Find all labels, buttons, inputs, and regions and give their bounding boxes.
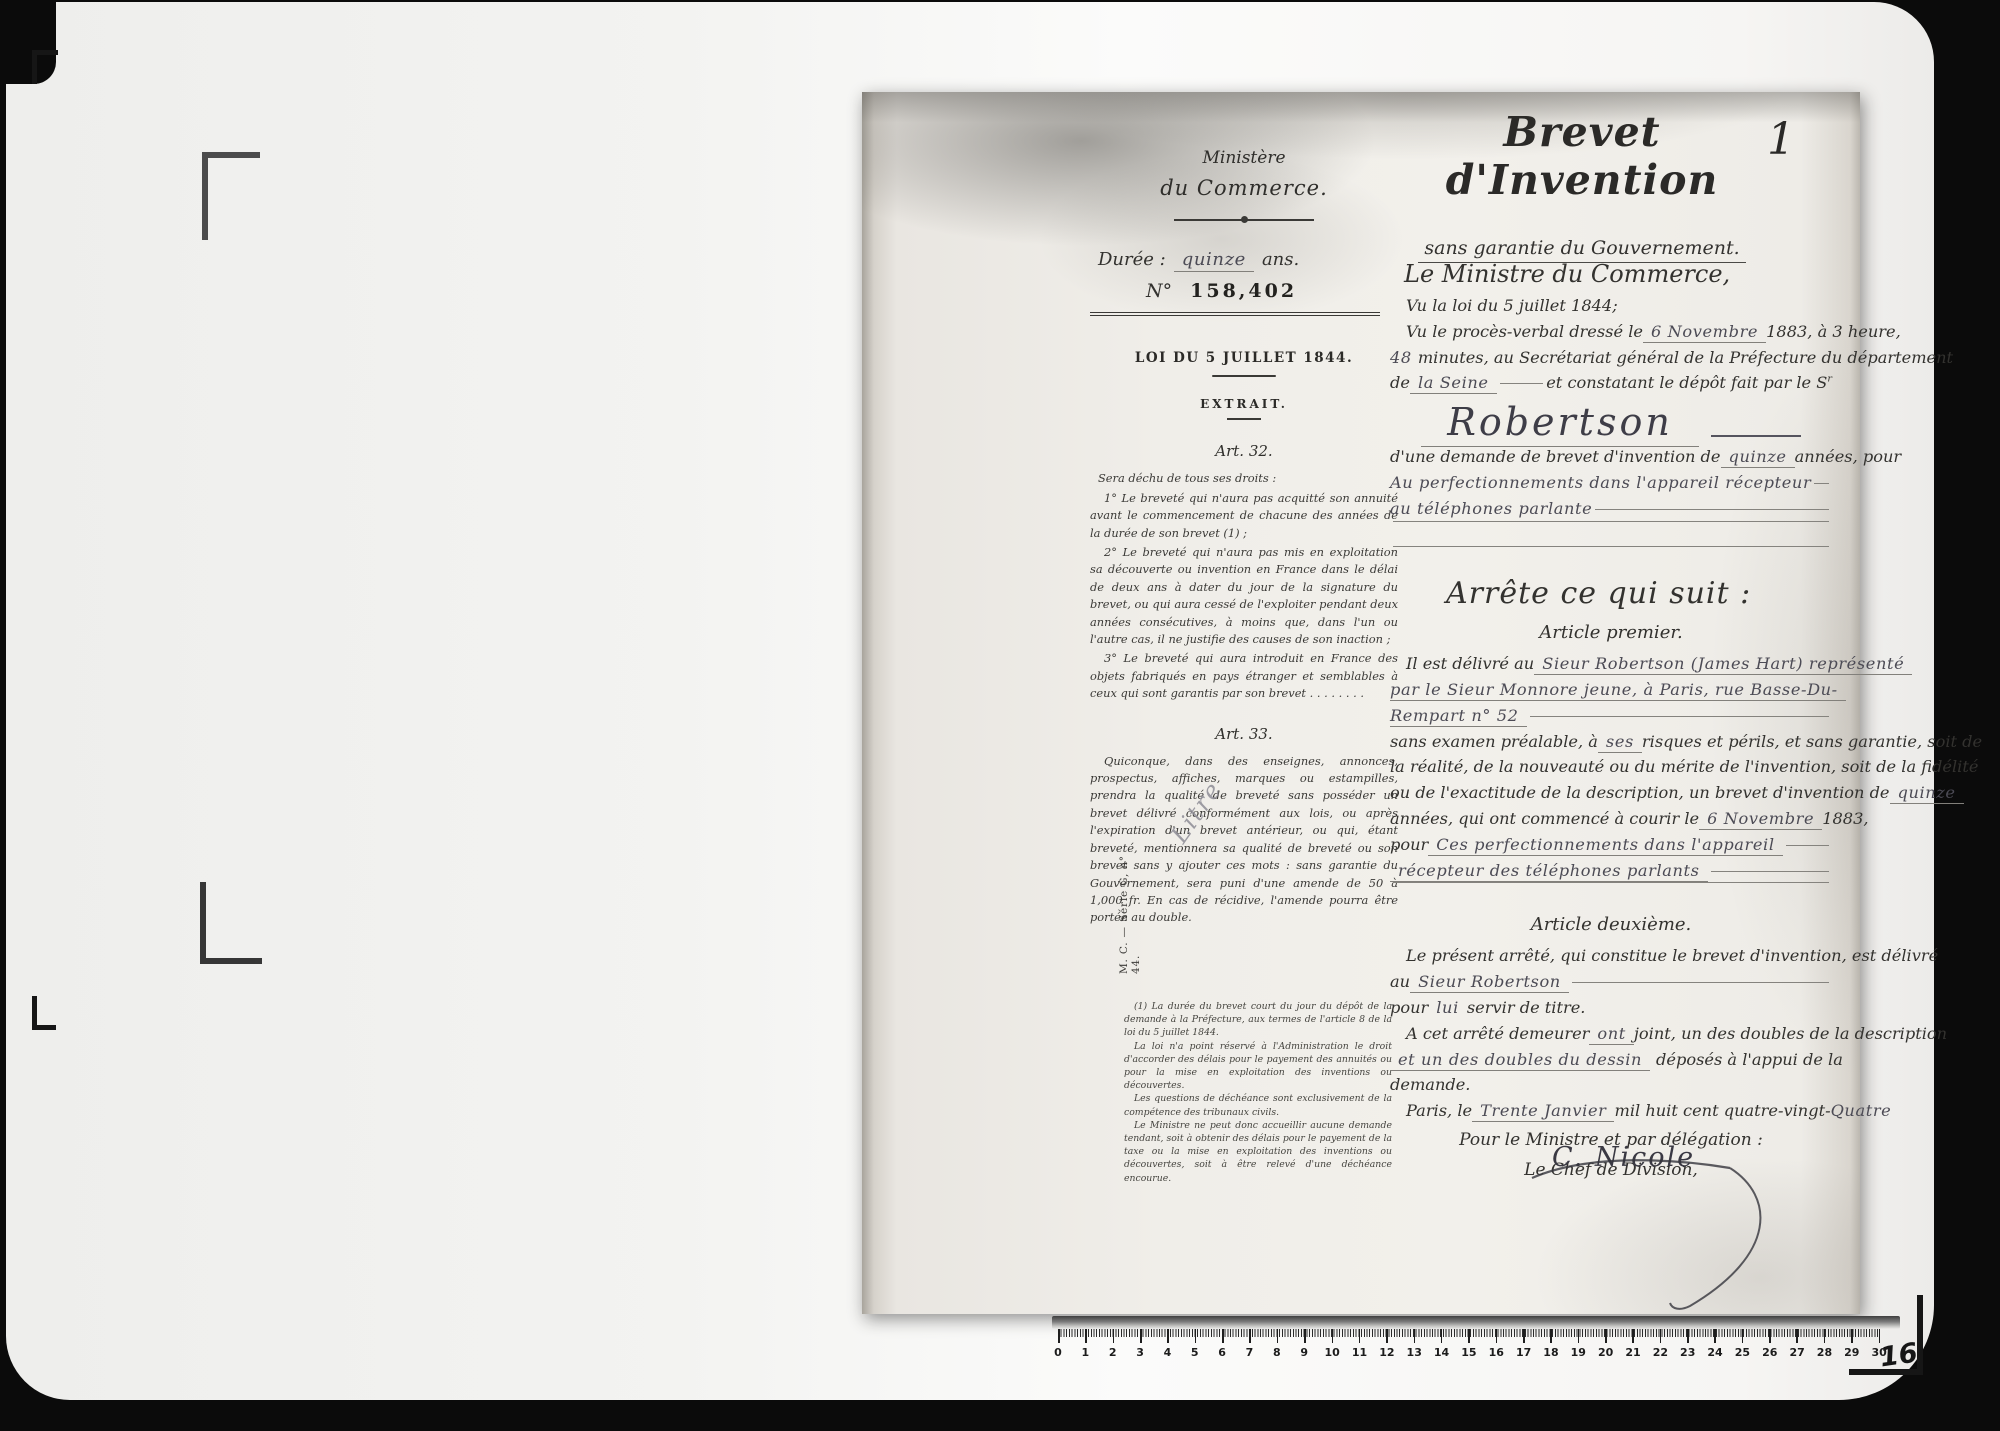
law-heading: LOI DU 5 JUILLET 1844.	[1090, 350, 1398, 366]
vu-law: Vu la loi du 5 juillet 1844;	[1406, 296, 1618, 315]
decree-line: Vu la loi du 5 juillet 1844;	[1390, 296, 1832, 322]
ruler-number: 5	[1188, 1346, 1202, 1359]
document-title: Brevet d'Invention	[1382, 108, 1782, 204]
dateline-handwritten-2: Quatre	[1831, 1101, 1892, 1120]
ruler-number: 19	[1571, 1346, 1585, 1359]
ruler-number: 2	[1106, 1346, 1120, 1359]
ruler-cm-tick	[1851, 1329, 1853, 1343]
ruler-cm-tick	[1058, 1329, 1060, 1343]
risk-handwritten: ses	[1598, 732, 1642, 753]
ruler-number: 13	[1407, 1346, 1421, 1359]
invention-handwritten-1: Au perfectionnements dans l'appareil réc…	[1390, 473, 1811, 492]
footnote: (1) La durée du brevet court du jour du …	[1124, 1000, 1392, 1040]
delivre-pre: Il est délivré au	[1406, 654, 1534, 673]
ruler-cm-tick	[1578, 1329, 1580, 1343]
law-extract: LOI DU 5 JUILLET 1844. EXTRAIT. Art. 32.…	[1090, 350, 1398, 927]
ruler-number: 8	[1270, 1346, 1284, 1359]
ruler-cm-tick	[1113, 1329, 1115, 1343]
law-subheading: EXTRAIT.	[1090, 397, 1398, 411]
blank-rule	[1572, 982, 1829, 983]
ruler-cm-tick	[1277, 1329, 1279, 1343]
ruler-cm-tick	[1824, 1329, 1826, 1343]
ruler-number: 4	[1160, 1346, 1174, 1359]
duration-handwritten: quinze	[1890, 783, 1964, 804]
art33-heading: Art. 33.	[1090, 725, 1398, 743]
ruler-cm-tick	[1249, 1329, 1251, 1343]
grantee-handwritten: Sieur Robertson	[1410, 972, 1569, 993]
delivre-handwritten: Sieur Robertson (James Hart) représenté	[1534, 654, 1912, 675]
blank-rule	[1500, 383, 1544, 384]
decree-line: A cet arrêté demeurer ont joint, un des …	[1390, 1024, 1832, 1050]
dateline-handwritten: Trente Janvier	[1472, 1101, 1614, 1122]
ruler-cm-tick	[1714, 1329, 1716, 1343]
request-duration-handwritten: quinze	[1721, 447, 1795, 468]
ruler-cm-tick	[1304, 1329, 1306, 1343]
ruler-cm-tick	[1742, 1329, 1744, 1343]
article2-line4-pre: A cet arrêté demeurer	[1406, 1024, 1589, 1043]
dateline-pre: Paris, le	[1406, 1101, 1472, 1120]
ruler-number: 9	[1297, 1346, 1311, 1359]
body-line: 1883,	[1822, 809, 1868, 828]
decree-line: la réalité, de la nouveauté ou du mérite…	[1390, 757, 1832, 783]
title-block: Brevet d'Invention sans garantie du Gouv…	[1382, 108, 1782, 263]
pv-pre: Vu le procès-verbal dressé le	[1406, 322, 1643, 341]
ruler-cm-tick	[1523, 1329, 1525, 1343]
ruler-number: 30	[1872, 1346, 1886, 1359]
blank-line	[1390, 550, 1832, 576]
blank-rule	[1393, 882, 1829, 883]
ruler-number: 17	[1516, 1346, 1530, 1359]
ruler-cm-tick	[1359, 1329, 1361, 1343]
ruler-cm-tick	[1140, 1329, 1142, 1343]
article2-line2-pre: au	[1390, 972, 1410, 991]
ruler-number: 0	[1051, 1346, 1065, 1359]
number-row: N° 158,402	[1090, 280, 1398, 302]
blank-rule	[1530, 716, 1829, 717]
duration-label: Durée :	[1098, 249, 1166, 270]
article2-heading: Article deuxième.	[1390, 914, 1832, 946]
blank-rule	[1393, 546, 1829, 547]
ruler-number: 24	[1707, 1346, 1721, 1359]
ruler-number: 6	[1215, 1346, 1229, 1359]
double-rule	[1090, 312, 1380, 316]
art32-body: Sera déchu de tous ses droits : 1° Le br…	[1090, 470, 1398, 702]
art32-items: 1° Le breveté qui n'aura pas acquitté so…	[1090, 490, 1398, 703]
order-heading: Arrête ce qui suit :	[1390, 576, 1832, 622]
risk-pre: sans examen préalable, à	[1390, 732, 1598, 751]
decree-line: pour Ces perfectionnements dans l'appare…	[1390, 835, 1832, 861]
blank-line	[1390, 886, 1832, 914]
ruler-number: 7	[1242, 1346, 1256, 1359]
article2-line1: Le présent arrêté, qui constitue le brev…	[1406, 946, 1938, 965]
decree-line: par le Sieur Monnore jeune, à Paris, rue…	[1390, 680, 1832, 706]
article2-line3-handwritten: lui	[1436, 998, 1459, 1017]
decree-line: de la Seine et constatant le dépôt fait …	[1390, 373, 1832, 399]
article2-line6: demande.	[1390, 1075, 1470, 1094]
article2-line5-post: déposés à l'appui de la	[1656, 1050, 1843, 1069]
decree-line: pour lui servir de titre.	[1390, 998, 1832, 1024]
footnote: La loi n'a point réservé à l'Administrat…	[1124, 1040, 1392, 1093]
pour-label: pour	[1390, 835, 1428, 854]
body-line: années, qui ont commencé à courir le	[1390, 809, 1699, 828]
pv-date-handwritten: 6 Novembre	[1643, 322, 1766, 343]
ruler-cm-tick	[1605, 1329, 1607, 1343]
footnote: Les questions de déchéance sont exclusiv…	[1124, 1092, 1392, 1118]
minutes-post: minutes, au Secrétariat général de la Pr…	[1418, 348, 1953, 367]
invention-handwritten-4: récepteur des téléphones parlants	[1390, 861, 1708, 882]
ruler-number: 18	[1543, 1346, 1557, 1359]
ruler-number: 16	[1489, 1346, 1503, 1359]
ministry-line2: du Commerce.	[1090, 176, 1398, 200]
decree-line: Vu le procès-verbal dressé le 6 Novembre…	[1390, 322, 1832, 348]
law-item: 3° Le breveté qui aura introduit en Fran…	[1090, 650, 1398, 702]
dash-rule	[1711, 435, 1801, 437]
decree-line: demande.	[1390, 1075, 1832, 1101]
depositor-name-handwritten: Robertson	[1421, 400, 1699, 447]
ruler-number: 10	[1325, 1346, 1339, 1359]
dateline-post: mil huit cent quatre-vingt-	[1614, 1101, 1830, 1120]
article2-line5-handwritten: et un des doubles du dessin	[1390, 1050, 1650, 1071]
ruler-number: 27	[1789, 1346, 1803, 1359]
ruler-cm-tick	[1167, 1329, 1169, 1343]
decree-line: ou de l'exactitude de la description, un…	[1390, 783, 1832, 809]
start-date-handwritten: 6 Novembre	[1699, 809, 1822, 830]
ruler-cm-tick	[1414, 1329, 1416, 1343]
duration-row: Durée : quinze ans.	[1090, 249, 1398, 272]
decree-line: sans examen préalable, à ses risques et …	[1390, 732, 1832, 758]
footnote: Le Ministre ne peut donc accueillir aucu…	[1124, 1119, 1392, 1185]
decree-line: Le présent arrêté, qui constitue le brev…	[1390, 946, 1832, 972]
rule	[1212, 375, 1276, 377]
article2-line4-post: joint, un des doubles de la description	[1634, 1024, 1947, 1043]
dateline: Paris, le Trente Janvier mil huit cent q…	[1390, 1101, 1832, 1130]
decree-line: 48 minutes, au Secrétariat général de la…	[1390, 348, 1832, 374]
measurement-ruler: 0123456789101112131415161718192021222324…	[1052, 1316, 1900, 1368]
patent-number: 158,402	[1190, 280, 1297, 302]
ruler-cm-tick	[1085, 1329, 1087, 1343]
request-pre: d'une demande de brevet d'invention de	[1390, 447, 1721, 466]
ruler-cm-tick	[1660, 1329, 1662, 1343]
ruler-cm-tick	[1796, 1329, 1798, 1343]
series-imprint: M. C. — Série G, n° 44.	[1118, 844, 1142, 974]
invention-title-line: Au perfectionnements dans l'appareil réc…	[1390, 473, 1832, 499]
blank-rule	[1814, 483, 1829, 484]
decree-line: Il est délivré au Sieur Robertson (James…	[1390, 654, 1832, 680]
law-item: 1° Le breveté qui n'aura pas acquitté so…	[1090, 490, 1398, 542]
patent-paper: 1 Brevet d'Invention sans garantie du Go…	[862, 92, 1860, 1314]
minutes-handwritten: 48	[1390, 348, 1412, 367]
law-item: 2° Le breveté qui n'aura pas mis en expl…	[1090, 544, 1398, 648]
footnotes: (1) La durée du brevet court du jour du …	[1124, 1000, 1392, 1185]
dept-handwritten: la Seine	[1410, 373, 1497, 394]
blank-rule	[1595, 509, 1829, 510]
decree-line: au Sieur Robertson	[1390, 972, 1832, 998]
invention-handwritten-2: au téléphones parlante	[1390, 499, 1592, 518]
body-line: la réalité, de la nouveauté ou du mérite…	[1390, 757, 1978, 776]
dept-pre: de	[1390, 373, 1410, 392]
ruler-cm-tick	[1769, 1329, 1771, 1343]
left-column: Ministère du Commerce. Durée : quinze an…	[1090, 148, 1398, 929]
ruler-number: 28	[1817, 1346, 1831, 1359]
ruler-number: 1	[1078, 1346, 1092, 1359]
ruler-cm-tick	[1632, 1329, 1634, 1343]
ministry-header: Ministère du Commerce.	[1090, 148, 1398, 200]
address-handwritten-2: Rempart n° 52	[1390, 706, 1527, 727]
ruler-cm-tick	[1386, 1329, 1388, 1343]
ruler-number: 11	[1352, 1346, 1366, 1359]
ruler-cm-tick	[1496, 1329, 1498, 1343]
ruler-number: 3	[1133, 1346, 1147, 1359]
decree-opening: Le Ministre du Commerce,	[1390, 260, 1832, 296]
decree-line: d'une demande de brevet d'invention de q…	[1390, 447, 1832, 473]
ruler-cm-tick	[1195, 1329, 1197, 1343]
ruler-edge	[1052, 1316, 1900, 1329]
ruler-cm-tick	[1222, 1329, 1224, 1343]
decree-line: années, qui ont commencé à courir le 6 N…	[1390, 809, 1832, 835]
ruler-cm-tick	[1687, 1329, 1689, 1343]
ruler-number: 12	[1379, 1346, 1393, 1359]
ministry-line1: Ministère	[1090, 148, 1398, 168]
ruler-cm-tick	[1332, 1329, 1334, 1343]
rule	[1227, 418, 1261, 420]
ornament-divider	[1174, 216, 1314, 223]
ruler-number: 15	[1461, 1346, 1475, 1359]
article2-line3-post: servir de titre.	[1467, 998, 1586, 1017]
film-corner-notch	[0, 0, 56, 84]
art32-intro: Sera déchu de tous ses droits :	[1090, 470, 1398, 487]
article2-line3-pre: pour	[1390, 998, 1428, 1017]
ruler-number: 25	[1735, 1346, 1749, 1359]
art32-heading: Art. 32.	[1090, 442, 1398, 460]
dept-post: et constatant le dépôt fait par le Sr	[1546, 373, 1832, 392]
ruler-cm-tick	[1550, 1329, 1552, 1343]
risk-post: risques et périls, et sans garantie, soi…	[1642, 732, 1982, 751]
decree-line: et un des doubles du dessin déposés à l'…	[1390, 1050, 1832, 1076]
ruler-cm-tick	[1468, 1329, 1470, 1343]
ruler-number: 26	[1762, 1346, 1776, 1359]
ruler-number: 29	[1844, 1346, 1858, 1359]
blank-rule	[1786, 845, 1829, 846]
ruler-cm-tick	[1441, 1329, 1443, 1343]
duration-unit: ans.	[1262, 249, 1299, 270]
ruler-number: 23	[1680, 1346, 1694, 1359]
blank-rule	[1711, 871, 1829, 872]
article2-line4-handwritten: ont	[1589, 1024, 1633, 1045]
body-line: ou de l'exactitude de la description, un…	[1390, 783, 1890, 802]
blank-rule	[1393, 521, 1829, 522]
ruler-number: 20	[1598, 1346, 1612, 1359]
article1-heading: Article premier.	[1390, 622, 1832, 654]
ruler-number: 14	[1434, 1346, 1448, 1359]
ruler-number: 21	[1625, 1346, 1639, 1359]
pv-post: 1883, à 3 heure,	[1766, 322, 1901, 341]
signature-flourish	[1462, 1138, 1822, 1314]
number-label: N°	[1146, 280, 1172, 302]
ruler-number: 22	[1653, 1346, 1667, 1359]
duration-value: quinze	[1174, 249, 1254, 272]
request-post: années, pour	[1795, 447, 1902, 466]
decree-column: Le Ministre du Commerce, Vu la loi du 5 …	[1390, 260, 1832, 1188]
depositor-name-line: Robertson	[1390, 399, 1832, 447]
address-handwritten-1: par le Sieur Monnore jeune, à Paris, rue…	[1390, 680, 1846, 701]
microfilm-scan: 16 1 Brevet d'Invention sans garantie du…	[0, 0, 2000, 1431]
ruler-cm-tick	[1879, 1329, 1881, 1343]
invention-handwritten-3: Ces perfectionnements dans l'appareil	[1428, 835, 1782, 856]
decree-line: Rempart n° 52	[1390, 706, 1832, 732]
